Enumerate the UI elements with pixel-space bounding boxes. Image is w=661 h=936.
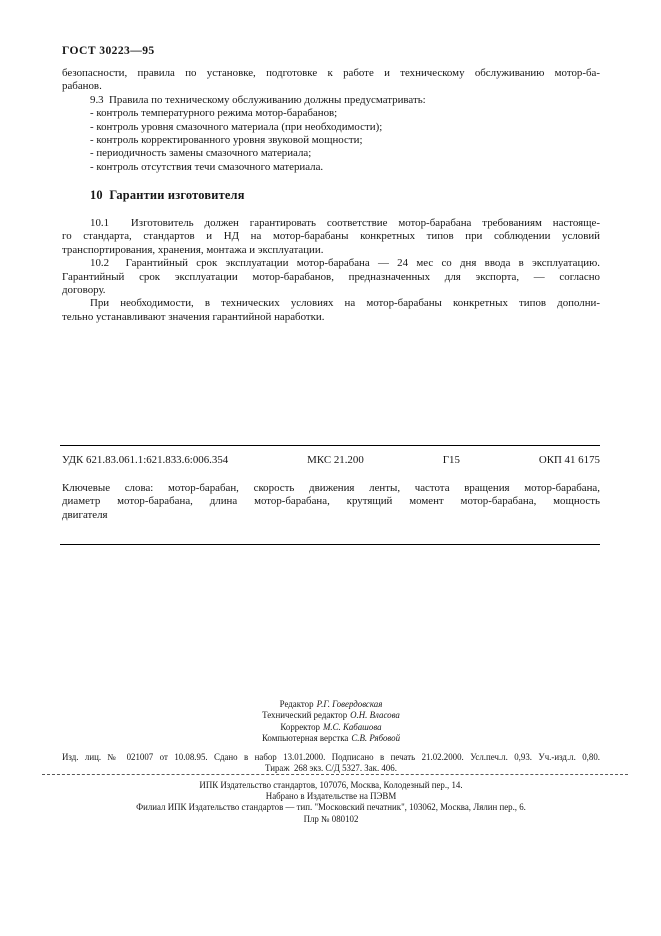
credit-row-tech-editor: Технический редакторО.Н. Власова xyxy=(62,710,600,721)
text-line: - контроль температурного режима мотор-б… xyxy=(62,107,600,120)
text-line: договору. xyxy=(62,284,600,297)
document-code: ГОСТ 30223—95 xyxy=(62,44,155,57)
credit-name: Р.Г. Говердовская xyxy=(317,699,383,709)
okp-code: ОКП 41 6175 xyxy=(539,454,600,466)
credit-label: Корректор xyxy=(280,722,320,732)
text-line: безопасности, правила по установке, подг… xyxy=(62,67,600,80)
credit-label: Компьютерная верстка xyxy=(262,733,348,743)
paragraph-10-1: 10.1 Изготовитель должен гарантировать с… xyxy=(62,217,600,257)
text-line: го стандарта, стандартов и НД на мотор-б… xyxy=(62,230,600,243)
paragraph-10-2: 10.2 Гарантийный срок эксплуатации мотор… xyxy=(62,257,600,297)
text-line: двигателя xyxy=(62,509,600,522)
divider-line-bottom xyxy=(60,544,600,545)
text-line: диаметр мотор-барабана, длина мотор-бара… xyxy=(62,495,600,508)
text-line: При необходимости, в технических условия… xyxy=(62,297,600,310)
text-line: - контроль корректированного уровня звук… xyxy=(62,134,600,147)
imprint-publisher-line: ИПК Издательство стандартов, 107076, Мос… xyxy=(62,780,600,791)
imprint-typeset-line: Набрано в Издательстве на ПЭВМ xyxy=(62,791,600,802)
text-line: Гарантийный срок эксплуатации мотор-бара… xyxy=(62,271,600,284)
paragraph-10-3: При необходимости, в технических условия… xyxy=(62,297,600,324)
text-line: Ключевые слова: мотор-барабан, скорость … xyxy=(62,482,600,495)
imprint-plr-line: Плр № 080102 xyxy=(62,814,600,825)
section-10-heading-text: 10 Гарантии изготовителя xyxy=(62,189,600,202)
divider-line-top xyxy=(60,445,600,446)
text-line: 10.1 Изготовитель должен гарантировать с… xyxy=(62,217,600,230)
text-line: - контроль уровня смазочного материала (… xyxy=(62,121,600,134)
g15-code: Г15 xyxy=(443,454,460,466)
text-line: 10.2 Гарантийный срок эксплуатации мотор… xyxy=(62,257,600,270)
udk-code: УДК 621.83.061.1:621.833.6:006.354 xyxy=(62,454,228,466)
text-line: - периодичность замены смазочного матери… xyxy=(62,147,600,160)
credit-row-corrector: КорректорМ.С. Кабашова xyxy=(62,722,600,733)
paragraph-intro: безопасности, правила по установке, подг… xyxy=(62,67,600,94)
clause-9-3: 9.3 Правила по техническому обслуживанию… xyxy=(62,94,600,107)
body-block-section-9: безопасности, правила по установке, подг… xyxy=(62,67,600,174)
credit-label: Технический редактор xyxy=(262,710,347,720)
text-line: транспортирования, хранения, монтажа и э… xyxy=(62,244,600,257)
mks-code: МКС 21.200 xyxy=(307,454,364,466)
classification-row: УДК 621.83.061.1:621.833.6:006.354 МКС 2… xyxy=(62,454,600,466)
imprint-license-line: Изд. лиц. № 021007 от 10.08.95. Сдано в … xyxy=(62,752,600,763)
maintenance-list: - контроль температурного режима мотор-б… xyxy=(62,107,600,174)
keywords-block: Ключевые слова: мотор-барабан, скорость … xyxy=(62,482,600,522)
document-page: ГОСТ 30223—95 безопасности, правила по у… xyxy=(0,0,661,936)
credit-row-editor: РедакторР.Г. Говердовская xyxy=(62,699,600,710)
body-block-section-10: 10.1 Изготовитель должен гарантировать с… xyxy=(62,217,600,324)
credit-row-layout: Компьютерная версткаС.В. Рябовой xyxy=(62,733,600,744)
text-line: тельно устанавливают значения гарантийно… xyxy=(62,311,600,324)
dashed-divider xyxy=(42,774,628,775)
keywords-paragraph: Ключевые слова: мотор-барабан, скорость … xyxy=(62,482,600,522)
credits-block: РедакторР.Г. Говердовская Технический ре… xyxy=(62,699,600,744)
imprint-tirazh-line: Тираж 268 экз. С/Д 5327. Зак. 406. xyxy=(62,763,600,774)
section-10-heading: 10 Гарантии изготовителя xyxy=(62,189,600,202)
credit-name: С.В. Рябовой xyxy=(351,733,400,743)
imprint-branch-line: Филиал ИПК Издательство стандартов — тип… xyxy=(62,802,600,813)
text-line: - контроль отсутствия течи смазочного ма… xyxy=(62,161,600,174)
credit-name: М.С. Кабашова xyxy=(323,722,382,732)
credit-label: Редактор xyxy=(280,699,314,709)
credit-name: О.Н. Власова xyxy=(350,710,400,720)
text-line: рабанов. xyxy=(62,80,600,93)
